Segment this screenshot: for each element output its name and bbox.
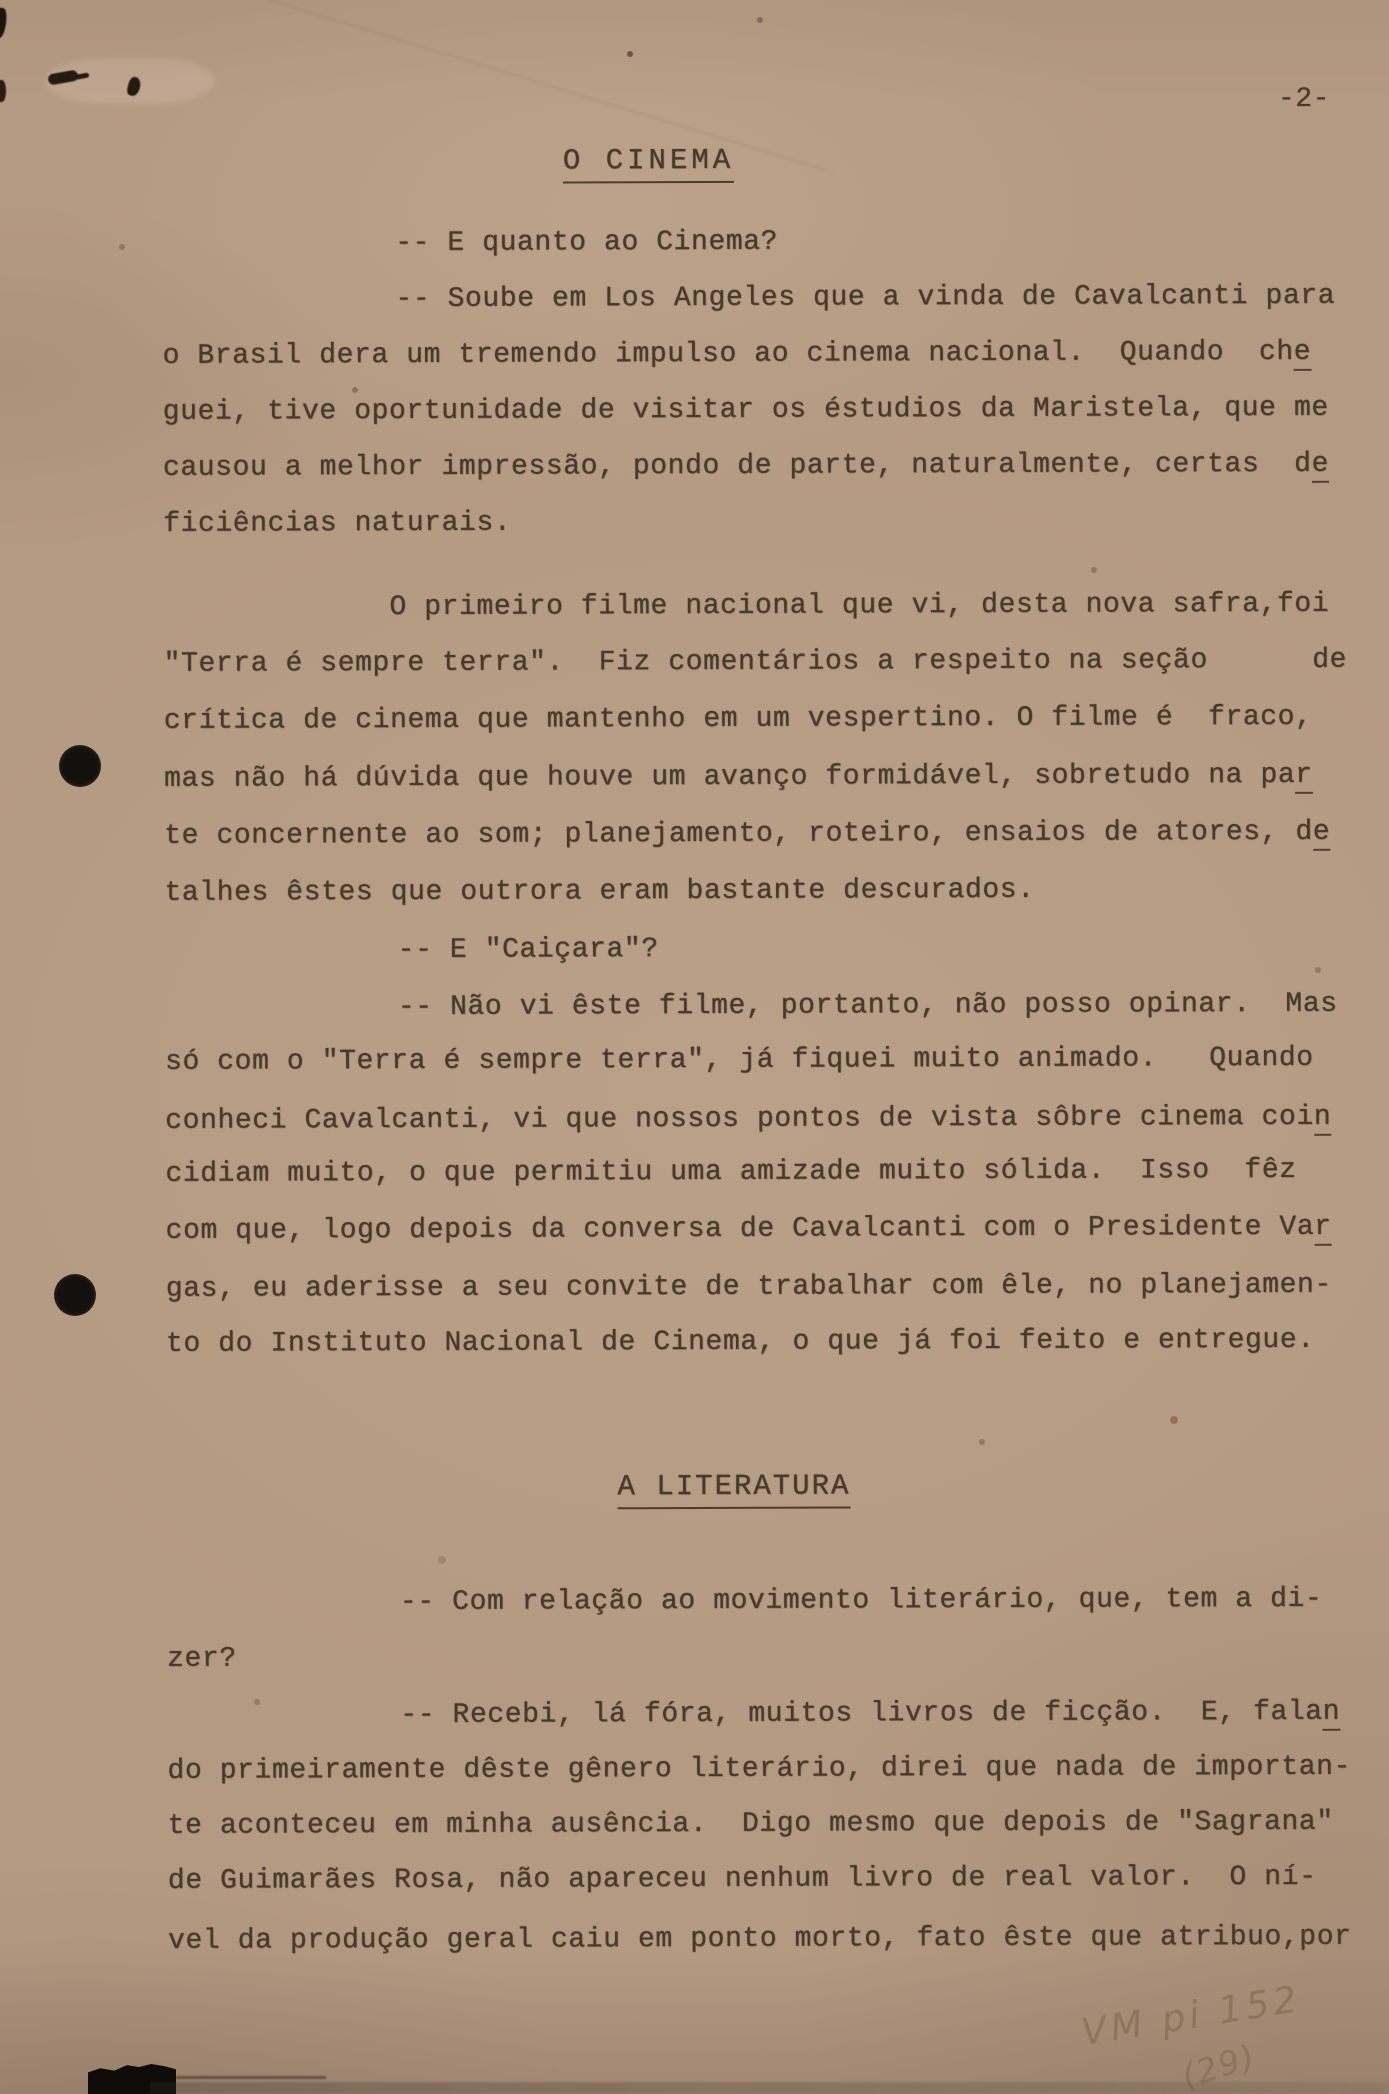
text-line: -- E "Caiçara"? — [398, 933, 659, 968]
text-line: com que, logo depois da conversa de Cava… — [166, 1211, 1332, 1249]
text-line: o Brasil dera um tremendo impulso ao cin… — [163, 336, 1312, 374]
scanned-page: -2- O CINEMAA LITERATURA-- E quanto ao C… — [0, 0, 1389, 2094]
text-line: causou a melhor impressão, pondo de part… — [163, 448, 1329, 486]
text-line: to do Instituto Nacional de Cinema, o qu… — [166, 1324, 1315, 1362]
scan-edge-shadow — [150, 2082, 1389, 2094]
ink-blob-trail — [176, 2076, 326, 2079]
text-line: talhes êstes que outrora eram bastante d… — [164, 874, 1034, 911]
text-line: do primeiramente dêste gênero literário,… — [167, 1751, 1351, 1789]
text-line: O primeiro filme nacional que vi, desta … — [389, 588, 1329, 625]
handwritten-annotation: VM pi 152 (29) — [1080, 1988, 1380, 2066]
text-line: cidiam muito, o que permitiu uma amizade… — [165, 1154, 1296, 1192]
text-line: te concernente ao som; planejamento, rot… — [164, 816, 1330, 854]
text-line: só com o "Terra é sempre terra", já fiqu… — [165, 1042, 1314, 1080]
section-heading: A LITERATURA — [617, 1469, 850, 1509]
text-layer: O CINEMAA LITERATURA-- E quanto ao Cinem… — [0, 0, 1389, 2094]
text-line: conheci Cavalcanti, vi que nossos pontos… — [165, 1101, 1331, 1139]
text-line: de Guimarães Rosa, não apareceu nenhum l… — [168, 1861, 1317, 1899]
text-line: zer? — [167, 1643, 237, 1677]
text-line: vel da produção geral caiu em ponto mort… — [168, 1921, 1352, 1959]
text-line: ficiências naturais. — [163, 507, 511, 542]
text-line: mas não há dúvida que houve um avanço fo… — [164, 759, 1313, 797]
text-line: -- Soube em Los Angeles que a vinda de C… — [395, 280, 1335, 317]
section-heading: O CINEMA — [563, 144, 734, 184]
text-line: -- Recebi, lá fóra, muitos livros de fic… — [400, 1696, 1340, 1733]
text-line: guei, tive oportunidade de visitar os és… — [163, 392, 1329, 430]
text-line: -- Não vi êste filme, portanto, não poss… — [398, 988, 1338, 1025]
text-line: gas, eu aderisse a seu convite de trabal… — [166, 1269, 1332, 1307]
text-line: -- Com relação ao movimento literário, q… — [400, 1583, 1322, 1620]
text-line: -- E quanto ao Cinema? — [395, 226, 778, 261]
text-line: crítica de cinema que mantenho em um ves… — [164, 701, 1313, 739]
text-line: te aconteceu em minha ausência. Digo mes… — [168, 1806, 1334, 1844]
text-line: "Terra é sempre terra". Fiz comentários … — [164, 644, 1348, 682]
